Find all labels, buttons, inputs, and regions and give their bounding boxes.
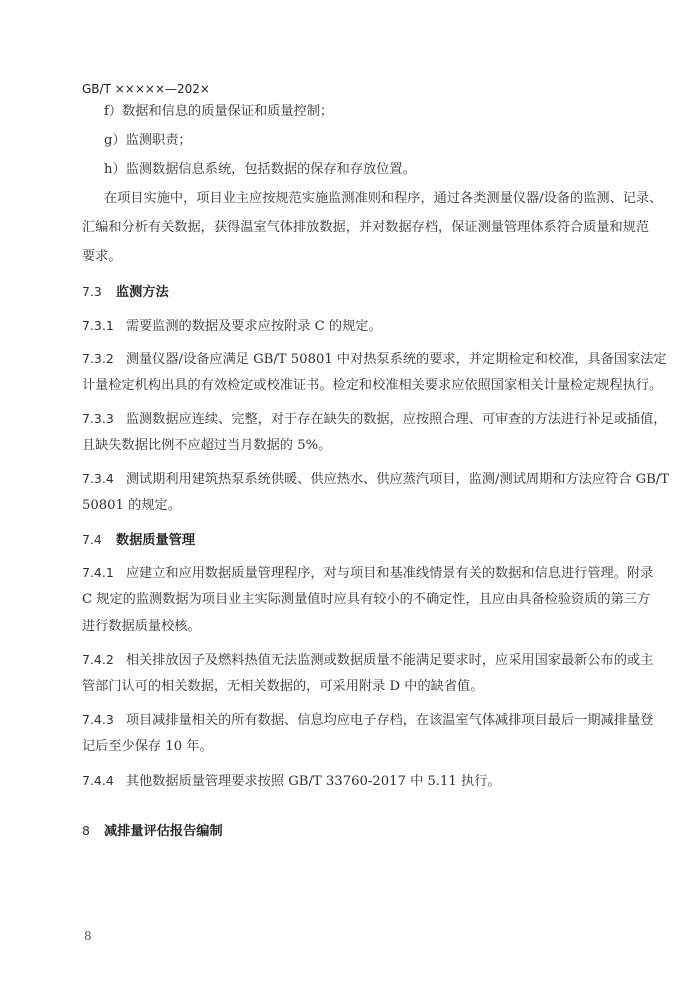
list-marker: f） [104, 104, 122, 119]
list-text: 监测数据信息系统，包括数据的保存和存放位置。 [126, 162, 416, 177]
section-number: 8 [82, 823, 90, 839]
clause-continuation: 管部门认可的相关数据，无相关数据的，可采用附录 D 中的缺省值。 [82, 679, 483, 695]
paragraph-line: 汇编和分析有关数据，获得温室气体排放数据，并对数据存档，保证测量管理体系符合质量… [82, 220, 649, 236]
list-marker: g） [104, 133, 126, 148]
clause-7-3-2: 7.3.2测量仪器/设备应满足 GB/T 50801 中对热泵系统的要求，并定期… [82, 351, 667, 368]
section-number: 7.4 [82, 532, 102, 548]
section-heading-7-4: 7.4数据质量管理 [82, 532, 195, 549]
section-title: 监测方法 [116, 285, 169, 300]
list-item: f）数据和信息的质量保证和质量控制； [104, 104, 333, 120]
paragraph-line: 要求。 [82, 249, 122, 265]
clause-number: 7.4.1 [82, 565, 114, 581]
page-number: 8 [84, 929, 92, 943]
clause-continuation: 进行数据质量校核。 [82, 619, 201, 635]
clause-7-4-2: 7.4.2相关排放因子及燃料热值无法监测或数据质量不能满足要求时，应采用国家最新… [82, 652, 653, 669]
clause-text: 相关排放因子及燃料热值无法监测或数据质量不能满足要求时，应采用国家最新公布的或主 [126, 653, 654, 668]
list-item: g）监测职责； [104, 133, 192, 149]
clause-continuation: C 规定的监测数据为项目业主实际测量值时应具有较小的不确定性，且应由具备检验资质… [82, 592, 650, 608]
list-text: 数据和信息的质量保证和质量控制； [122, 104, 333, 119]
section-number: 7.3 [82, 284, 102, 300]
clause-text: 其他数据质量管理要求按照 GB/T 33760-2017 中 5.11 执行。 [126, 774, 501, 789]
list-item: h）监测数据信息系统，包括数据的保存和存放位置。 [104, 162, 416, 178]
clause-text: 测量仪器/设备应满足 GB/T 50801 中对热泵系统的要求，并定期检定和校准… [126, 352, 667, 367]
document-page: GB/T ×××××—202× f）数据和信息的质量保证和质量控制； g）监测职… [0, 0, 700, 990]
clause-continuation: 50801 的规定。 [82, 498, 181, 514]
clause-text: 测试期利用建筑热泵系统供暖、供应热水、供应蒸汽项目，监测/测试周期和方法应符合 … [126, 472, 669, 487]
list-text: 监测职责； [126, 133, 192, 148]
clause-number: 7.4.4 [82, 773, 114, 789]
clause-number: 7.3.1 [82, 318, 114, 334]
clause-7-4-4: 7.4.4其他数据质量管理要求按照 GB/T 33760-2017 中 5.11… [82, 773, 501, 790]
section-title: 减排量评估报告编制 [104, 824, 223, 839]
standard-code-header: GB/T ×××××—202× [82, 82, 210, 96]
clause-continuation: 且缺失数据比例不应超过当月数据的 5%。 [82, 438, 331, 454]
clause-number: 7.3.2 [82, 351, 114, 367]
clause-text: 需要监测的数据及要求应按附录 C 的规定。 [126, 319, 382, 334]
clause-text: 应建立和应用数据质量管理程序，对与项目和基准线情景有关的数据和信息进行管理。附录 [126, 566, 654, 581]
clause-7-4-1: 7.4.1应建立和应用数据质量管理程序，对与项目和基准线情景有关的数据和信息进行… [82, 565, 653, 582]
clause-number: 7.3.3 [82, 411, 114, 427]
clause-number: 7.4.2 [82, 652, 114, 668]
section-heading-7-3: 7.3监测方法 [82, 284, 169, 301]
clause-7-3-4: 7.3.4测试期利用建筑热泵系统供暖、供应热水、供应蒸汽项目，监测/测试周期和方… [82, 471, 669, 488]
clause-number: 7.4.3 [82, 712, 114, 728]
clause-number: 7.3.4 [82, 471, 114, 487]
clause-continuation: 记后至少保存 10 年。 [82, 739, 213, 755]
clause-7-4-3: 7.4.3项目减排量相关的所有数据、信息均应电子存档，在该温室气体减排项目最后一… [82, 712, 653, 729]
clause-continuation: 计量检定机构出具的有效检定或校准证书。检定和校准相关要求应依照国家相关计量检定规… [82, 378, 662, 394]
section-heading-8: 8减排量评估报告编制 [82, 823, 223, 840]
section-title: 数据质量管理 [116, 533, 195, 548]
clause-text: 监测数据应连续、完整，对于存在缺失的数据，应按照合理、可审查的方法进行补足或插值… [126, 412, 667, 427]
list-marker: h） [104, 162, 126, 177]
paragraph-line: 在项目实施中，项目业主应按规范实施监测准则和程序，通过各类测量仪器/设备的监测、… [104, 191, 662, 207]
clause-7-3-1: 7.3.1需要监测的数据及要求应按附录 C 的规定。 [82, 318, 382, 335]
clause-7-3-3: 7.3.3监测数据应连续、完整，对于存在缺失的数据，应按照合理、可审查的方法进行… [82, 411, 667, 428]
clause-text: 项目减排量相关的所有数据、信息均应电子存档，在该温室气体减排项目最后一期减排量登 [126, 713, 654, 728]
